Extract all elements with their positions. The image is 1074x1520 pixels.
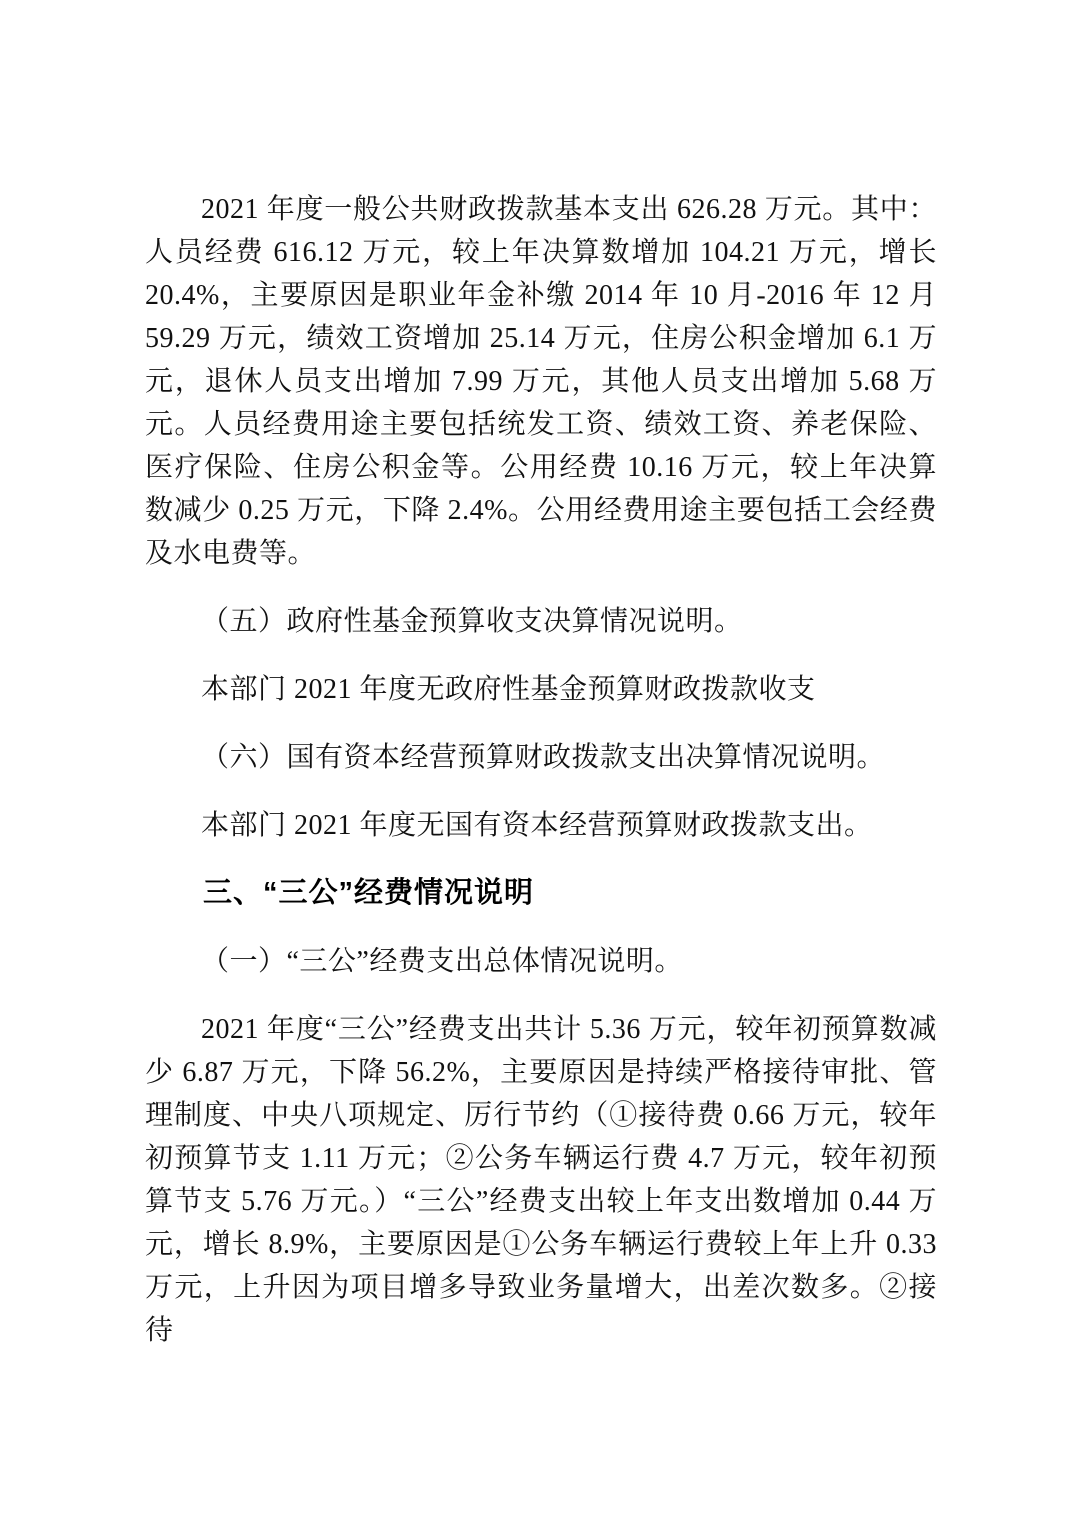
paragraph-three-public-funds-detail: 2021 年度“三公”经费支出共计 5.36 万元，较年初预算数减少 6.87 … bbox=[145, 1008, 937, 1352]
paragraph-basic-expenditure: 2021 年度一般公共财政拨款基本支出 626.28 万元。其中：人员经费 61… bbox=[145, 188, 937, 575]
paragraph-section-5-title: （五）政府性基金预算收支决算情况说明。 bbox=[145, 600, 937, 643]
document-content: 2021 年度一般公共财政拨款基本支出 626.28 万元。其中：人员经费 61… bbox=[145, 188, 937, 1352]
paragraph-section-5-body: 本部门 2021 年度无政府性基金预算财政拨款收支 bbox=[145, 668, 937, 711]
paragraph-section-6-title: （六）国有资本经营预算财政拨款支出决算情况说明。 bbox=[145, 736, 937, 779]
paragraph-subsection-1-title: （一）“三公”经费支出总体情况说明。 bbox=[145, 940, 937, 983]
paragraph-section-6-body: 本部门 2021 年度无国有资本经营预算财政拨款支出。 bbox=[145, 804, 937, 847]
section-heading-three-public-funds: 三、“三公”经费情况说明 bbox=[145, 872, 937, 915]
document-page: 2021 年度一般公共财政拨款基本支出 626.28 万元。其中：人员经费 61… bbox=[0, 0, 1074, 1520]
